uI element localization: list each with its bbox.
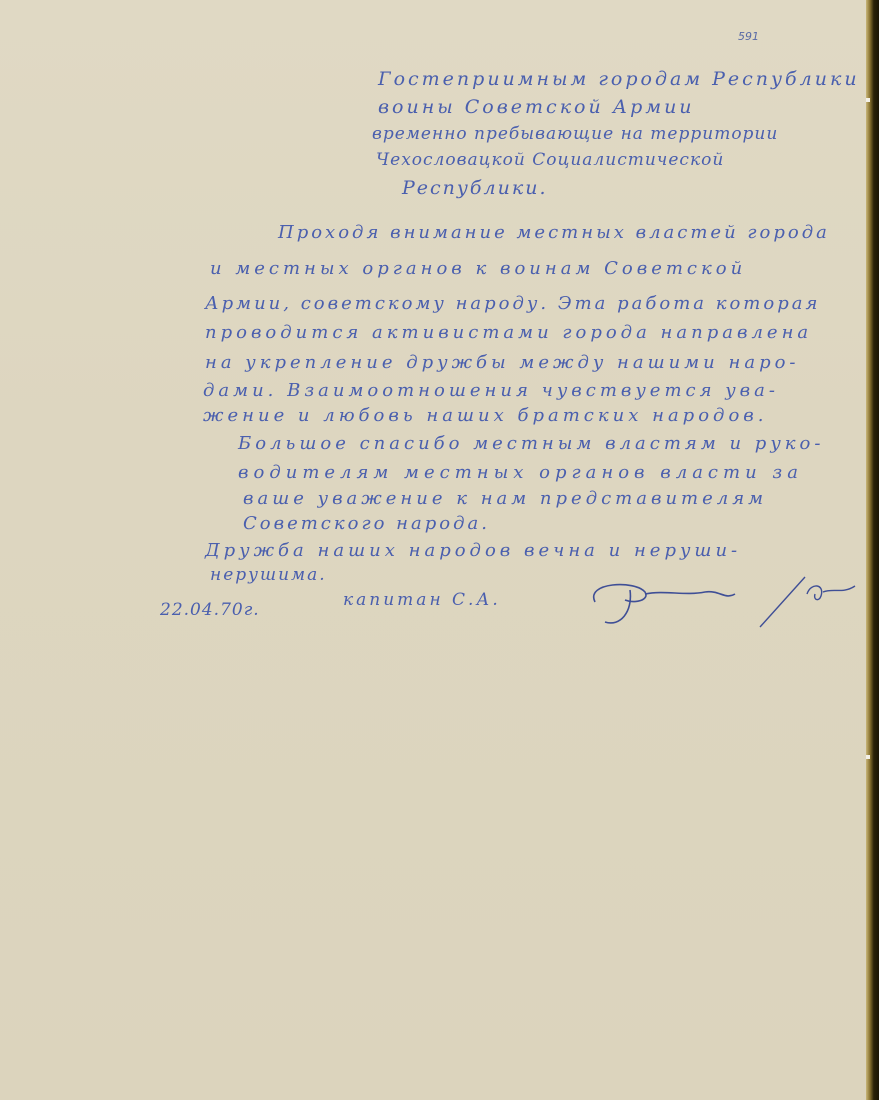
body-line-1: Проходя внимание местных властей города xyxy=(278,222,830,243)
body-line-8: Большое спасибо местным властям и руко- xyxy=(238,433,824,454)
binding-edge xyxy=(866,0,879,1100)
body-line-3: Армии, советскому народу. Эта работа кот… xyxy=(205,293,820,314)
address-line-4: Чехословацкой Социалистической xyxy=(376,150,724,170)
body-line-10: ваше уважение к нам представителям xyxy=(243,488,767,509)
signature-scrawl xyxy=(575,572,865,642)
body-line-4: проводится активистами города направлена xyxy=(205,322,812,343)
body-line-11: Советского народа. xyxy=(243,513,490,534)
edge-notch xyxy=(866,98,870,102)
body-line-2: и местных органов к воинам Советской xyxy=(210,258,746,279)
body-line-6: дами. Взаимоотношения чувствуется ува- xyxy=(203,380,779,401)
address-line-5: Республики. xyxy=(402,177,547,199)
page-number: 591 xyxy=(738,30,759,43)
body-line-5: на укрепление дружбы между нашими наро- xyxy=(205,352,800,373)
signature-title: капитан С.А. xyxy=(343,590,501,610)
body-line-12: Дружба наших народов вечна и неруши- xyxy=(205,540,741,561)
address-line-2: воины Советской Армии xyxy=(378,96,695,118)
address-line-3: временно пребывающие на территории xyxy=(372,124,778,144)
address-line-1: Гостеприимным городам Республики xyxy=(378,68,860,90)
edge-notch xyxy=(866,755,870,759)
body-line-7: жение и любовь наших братских народов. xyxy=(203,405,767,426)
date: 22.04.70г. xyxy=(160,600,260,620)
body-line-9: водителям местных органов власти за xyxy=(238,462,803,483)
body-line-13: нерушима. xyxy=(210,565,327,585)
